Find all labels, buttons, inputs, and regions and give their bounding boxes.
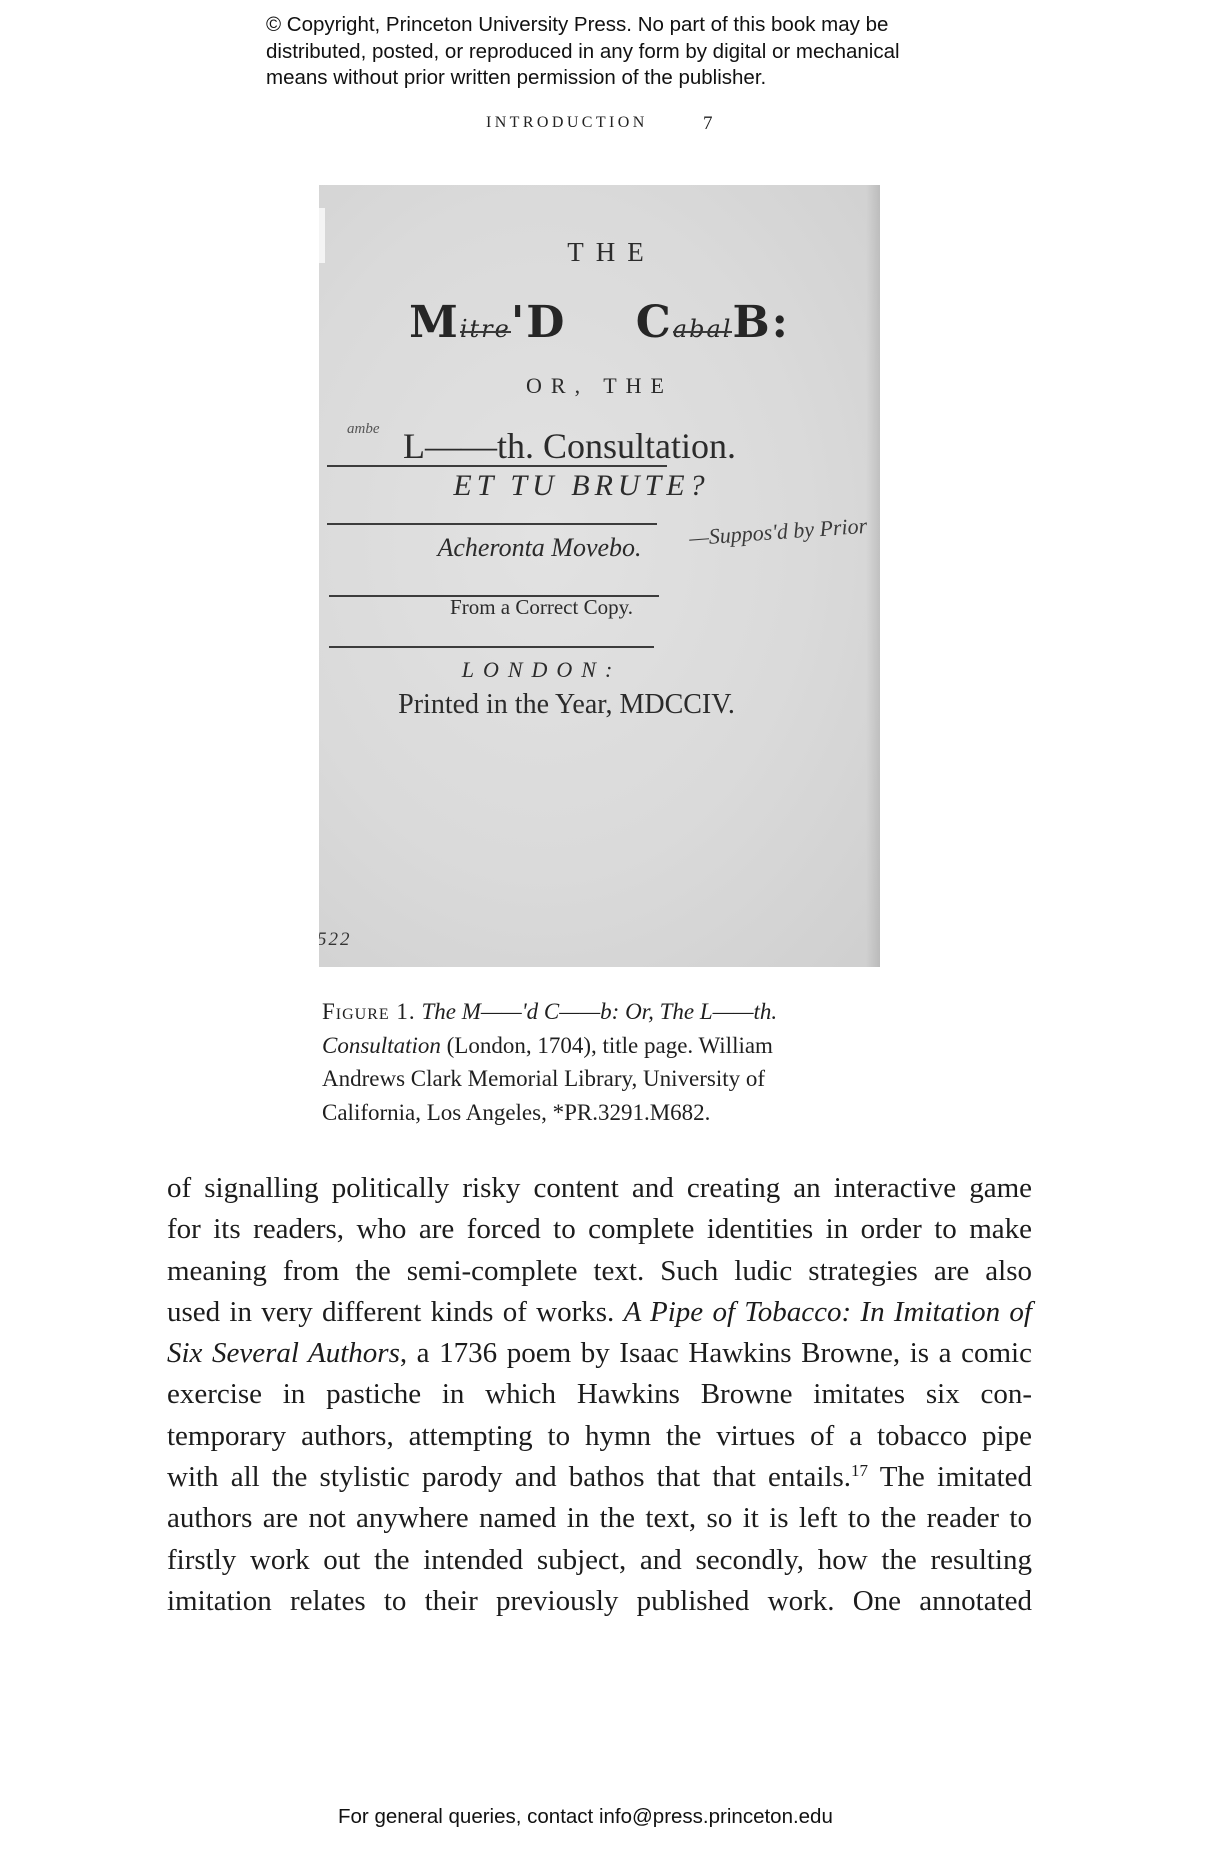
body-line: authors are not anywhere named in the te… — [167, 1498, 1032, 1539]
caption-text: (London, 1704), title page. William — [441, 1033, 773, 1058]
title-or-the: OR, THE — [319, 373, 880, 399]
body-line: of signalling politically risky content … — [167, 1168, 1032, 1209]
figure-caption: Figure 1. The M——'d C——b: Or, The L——th.… — [322, 995, 882, 1129]
imprint-year: Printed in the Year, MDCCIV. — [319, 689, 847, 721]
caption-line: California, Los Angeles, *PR.3291.M682. — [322, 1096, 882, 1130]
body-line: exercise in pastiche in which Hawkins Br… — [167, 1374, 1032, 1415]
body-text: used in very different kinds of works. — [167, 1296, 624, 1328]
copyright-line: distributed, posted, or reproduced in an… — [266, 39, 1026, 66]
caption-line: Consultation (London, 1704), title page.… — [322, 1029, 882, 1063]
body-line: for its readers, who are forced to compl… — [167, 1209, 1032, 1250]
caption-line: Andrews Clark Memorial Library, Universi… — [322, 1062, 882, 1096]
title-blackletter: Mitre'D CabalB: — [319, 297, 880, 348]
caption-line: Figure 1. The M——'d C——b: Or, The L——th. — [322, 995, 882, 1029]
blackletter-letter: M — [409, 297, 460, 348]
handwritten-insertion: abal — [673, 315, 733, 343]
body-line: imitation relates to their previously pu… — [167, 1581, 1032, 1622]
body-paragraph: of signalling politically risky content … — [167, 1168, 1032, 1622]
rule-line — [327, 523, 657, 525]
body-line: Six Several Authors, a 1736 poem by Isaa… — [167, 1333, 1032, 1374]
title-the: THE — [319, 237, 880, 268]
work-title: Six Several Authors — [167, 1337, 400, 1369]
caption-title: The M——'d C——b: Or, The L——th. — [421, 999, 777, 1024]
motto-et-tu-brute: ET TU BRUTE? — [319, 469, 862, 503]
body-line: used in very different kinds of works. A… — [167, 1292, 1032, 1333]
caption-title: Consultation — [322, 1033, 441, 1058]
body-line: meaning from the semi-complete text. Suc… — [167, 1251, 1032, 1292]
body-text: The imitated — [868, 1461, 1032, 1493]
rule-line — [329, 646, 654, 648]
work-title: A Pipe of Tobacco: In Imitation of — [624, 1296, 1032, 1328]
copyright-line: means without prior written permission o… — [266, 65, 1026, 92]
title-consultation: L——th. Consultation. ambe — [319, 425, 850, 467]
consultation-initial: L — [403, 426, 425, 466]
shelf-mark: 522 — [319, 929, 352, 951]
from-correct-copy: From a Correct Copy. — [319, 595, 822, 620]
copyright-notice: © Copyright, Princeton University Press.… — [266, 12, 1026, 92]
body-line: temporary authors, attempting to hymn th… — [167, 1416, 1032, 1457]
blackletter-letter: B: — [732, 297, 789, 348]
blackletter-letter: C — [636, 297, 673, 348]
page-number: 7 — [703, 113, 713, 135]
figure-title-page-image: THE Mitre'D CabalB: OR, THE L——th. Consu… — [319, 185, 880, 967]
body-line: with all the stylistic parody and bathos… — [167, 1457, 1032, 1498]
footer-contact: For general queries, contact info@press.… — [338, 1805, 833, 1829]
body-line: firstly work out the intended subject, a… — [167, 1540, 1032, 1581]
rule-line — [327, 465, 667, 467]
running-head: INTRODUCTION 7 — [486, 114, 648, 132]
footnote-reference[interactable]: 17 — [851, 1461, 868, 1480]
imprint-london: LONDON: — [319, 657, 822, 683]
handwritten-insertion: ambe — [347, 421, 380, 438]
copyright-line: © Copyright, Princeton University Press.… — [266, 12, 1026, 39]
body-text: , a 1736 poem by Isaac Hawkins Browne, i… — [400, 1337, 1032, 1369]
body-text: with all the stylistic parody and bathos… — [167, 1461, 851, 1493]
consultation-rest: ——th. Consultation. — [425, 426, 736, 466]
figure-label: Figure 1. — [322, 999, 416, 1024]
handwritten-insertion: itre — [460, 315, 511, 343]
section-title: INTRODUCTION — [486, 114, 648, 131]
blackletter-letter: 'D — [511, 297, 567, 348]
